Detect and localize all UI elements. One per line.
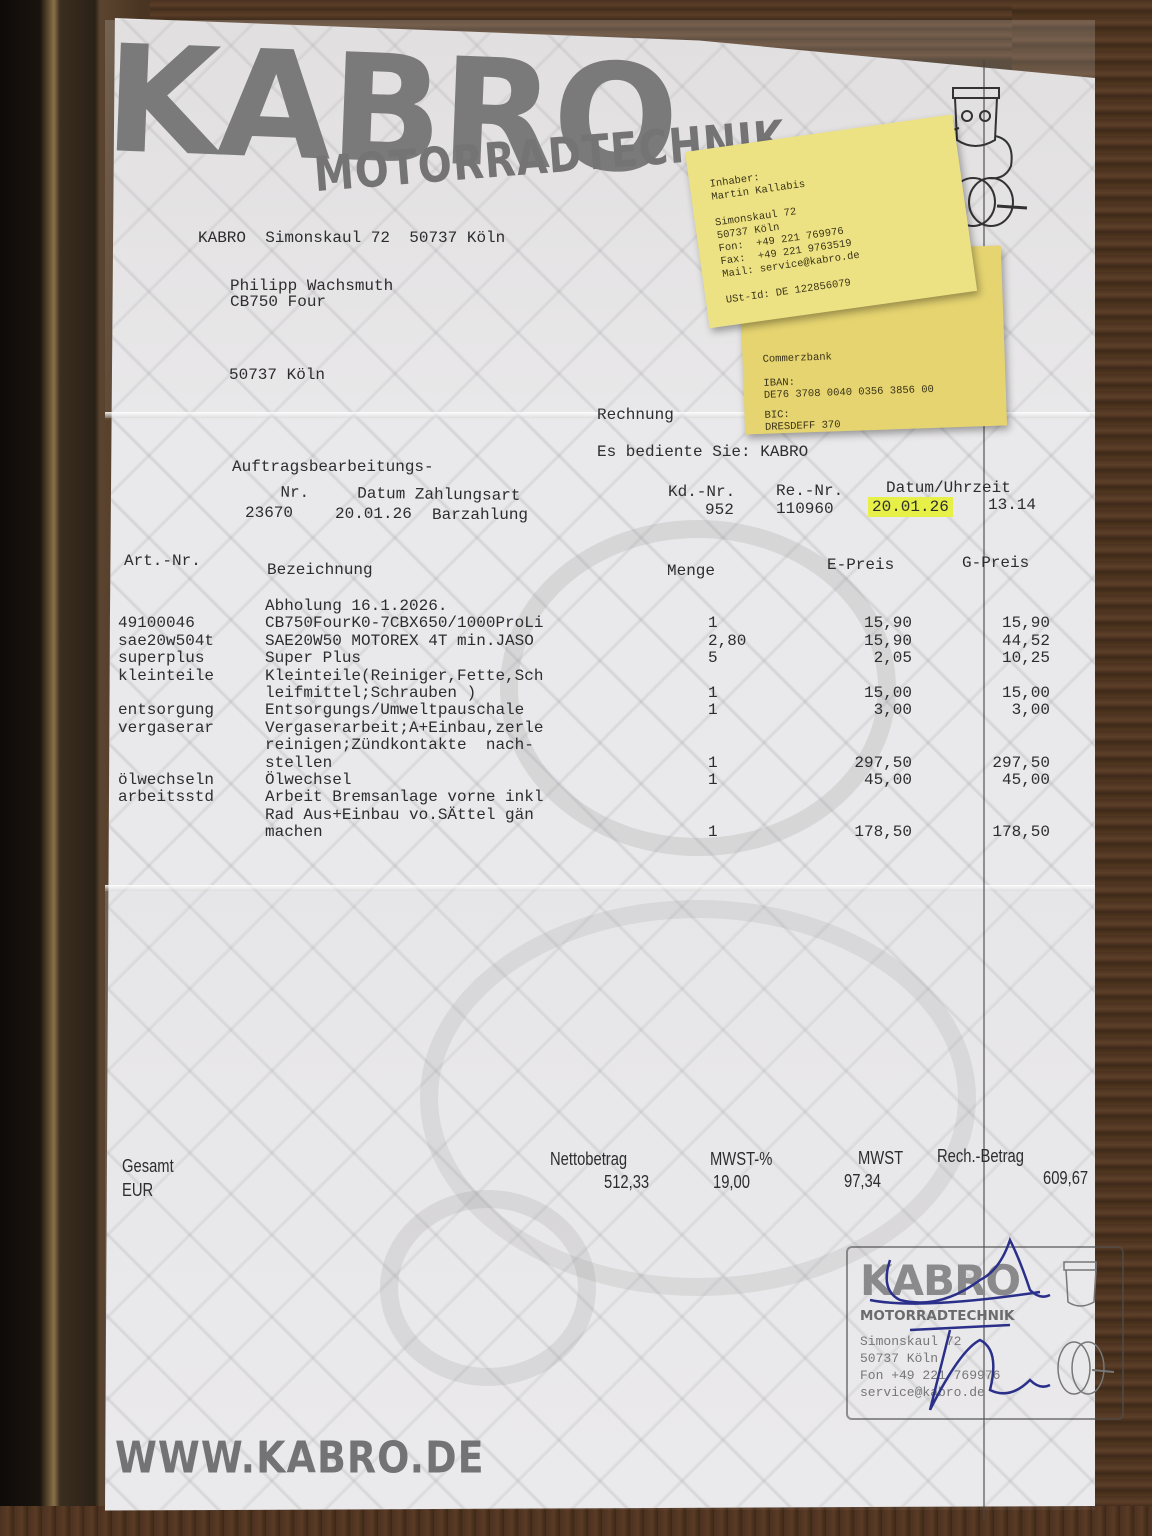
cell-unit-price: 15,00: [864, 685, 912, 701]
cell-qty: 5: [708, 650, 718, 666]
paper-fold-line: [105, 885, 1095, 891]
table-row: entsorgungEntsorgungs/Umweltpauschale13,…: [0, 702, 1152, 718]
invoice-no-label: Re.-Nr.: [776, 483, 843, 499]
cell-unit-price: 178,50: [854, 824, 912, 840]
cell-qty: 2,80: [708, 633, 746, 649]
cell-description: Arbeit Bremsanlage vorne inkl: [265, 789, 543, 805]
cell-qty: 1: [708, 755, 718, 771]
bic-value: DRESDEFF 370: [765, 419, 841, 435]
table-row: sae20w504tSAE20W50 MOTOREX 4T min.JASO2,…: [0, 633, 1152, 649]
table-row: 49100046CB750FourK0-7CBX650/1000ProLi115…: [0, 615, 1152, 631]
cell-art-nr: sae20w504t: [118, 633, 214, 649]
col-header-total-price: G-Preis: [962, 555, 1029, 571]
cell-description: Abholung 16.1.2026.: [265, 598, 447, 614]
summary-label: Gesamt: [122, 1158, 174, 1174]
cell-art-nr: vergaserar: [118, 720, 214, 736]
cell-description: CB750FourK0-7CBX650/1000ProLi: [265, 615, 543, 631]
cell-total-price: 10,25: [1002, 650, 1050, 666]
cell-total-price: 3,00: [1012, 702, 1050, 718]
table-row: ölwechselnÖlwechsel145,0045,00: [0, 772, 1152, 788]
document-type: Rechnung: [597, 407, 674, 423]
order-date: 20.01.26: [335, 506, 412, 522]
table-row: reinigen;Zündkontakte nach-: [0, 737, 1152, 753]
cell-unit-price: 15,90: [864, 615, 912, 631]
cell-description: SAE20W50 MOTOREX 4T min.JASO: [265, 633, 534, 649]
cell-description: reinigen;Zündkontakte nach-: [265, 737, 534, 753]
cell-total-price: 297,50: [992, 755, 1050, 771]
cell-qty: 1: [708, 615, 718, 631]
table-row: Abholung 16.1.2026.: [0, 598, 1152, 614]
cell-unit-price: 2,05: [874, 650, 912, 666]
vat-percent: 19,00: [713, 1174, 750, 1190]
invoice-total-label: Rech.-Betrag: [937, 1148, 1024, 1164]
cell-description: Kleinteile(Reiniger,Fette,Sch: [265, 668, 543, 684]
cell-total-price: 45,00: [1002, 772, 1050, 788]
invoice-no: 110960: [776, 501, 834, 517]
col-header-qty: Menge: [667, 563, 715, 579]
recipient-line2: CB750 Four: [230, 294, 326, 310]
table-row: leifmittel;Schrauben )115,0015,00: [0, 685, 1152, 701]
invoice-date-highlighted: 20.01.26: [868, 497, 953, 517]
invoice-time: 13.14: [988, 497, 1036, 513]
vat-percent-label: MWST-%: [710, 1151, 772, 1167]
cell-description: machen: [265, 824, 323, 840]
table-row: arbeitsstdArbeit Bremsanlage vorne inkl: [0, 789, 1152, 805]
cell-description: Super Plus: [265, 650, 361, 666]
cell-qty: 1: [708, 824, 718, 840]
summary-currency: EUR: [122, 1182, 153, 1198]
table-row: stellen1297,50297,50: [0, 755, 1152, 771]
customer-no: 952: [705, 502, 734, 518]
col-header-description: Bezeichnung: [267, 562, 373, 578]
cell-unit-price: 3,00: [874, 702, 912, 718]
cell-unit-price: 15,90: [864, 633, 912, 649]
cell-art-nr: 49100046: [118, 615, 195, 631]
recipient-city: 50737 Köln: [229, 367, 325, 383]
table-row: Rad Aus+Einbau vo.SÄttel gän: [0, 807, 1152, 823]
table-row: superplusSuper Plus52,0510,25: [0, 650, 1152, 666]
order-number: 23670: [245, 505, 293, 521]
cell-art-nr: kleinteile: [118, 668, 214, 684]
cell-total-price: 178,50: [992, 824, 1050, 840]
cell-qty: 1: [708, 702, 718, 718]
handwritten-signature: [860, 1230, 1060, 1420]
customer-no-label: Kd.-Nr.: [668, 484, 735, 500]
cell-description: leifmittel;Schrauben ): [265, 685, 476, 701]
datetime-label: Datum/Uhrzeit: [886, 480, 1011, 496]
recipient-name: Philipp Wachsmuth: [230, 278, 393, 294]
cell-art-nr: superplus: [118, 650, 204, 666]
cell-total-price: 44,52: [1002, 633, 1050, 649]
cell-description: stellen: [265, 755, 332, 771]
table-row: kleinteileKleinteile(Reiniger,Fette,Sch: [0, 668, 1152, 684]
cell-art-nr: entsorgung: [118, 702, 214, 718]
cell-total-price: 15,90: [1002, 615, 1050, 631]
payment-method: Barzahlung: [432, 507, 528, 523]
cell-unit-price: 45,00: [864, 772, 912, 788]
owner-vat-id: USt-Id: DE 122856079: [725, 277, 852, 307]
vat-amount: 97,34: [844, 1173, 881, 1189]
cell-art-nr: arbeitsstd: [118, 789, 214, 805]
bank-name: Commerzbank: [762, 351, 832, 366]
table-row: machen1178,50178,50: [0, 824, 1152, 840]
served-by: Es bediente Sie: KABRO: [597, 444, 808, 460]
sender-address-line: KABRO Simonskaul 72 50737 Köln: [198, 230, 505, 246]
cell-description: Vergaserarbeit;A+Einbau,zerle: [265, 720, 543, 736]
table-row: vergaserarVergaserarbeit;A+Einbau,zerle: [0, 720, 1152, 736]
website-url: WWW.KABRO.DE: [115, 1432, 485, 1483]
owner-contact-note: Inhaber: Martin Kallabis Simonskaul 72 5…: [685, 114, 977, 328]
cell-total-price: 15,00: [1002, 685, 1050, 701]
vat-amount-label: MWST: [858, 1150, 903, 1166]
col-header-art-nr: Art.-Nr.: [124, 553, 201, 569]
cell-description: Ölwechsel: [265, 772, 351, 788]
cell-qty: 1: [708, 685, 718, 701]
cell-art-nr: ölwechseln: [118, 772, 214, 788]
cell-unit-price: 297,50: [854, 755, 912, 771]
net-amount: 512,33: [604, 1174, 649, 1190]
cell-qty: 1: [708, 772, 718, 788]
net-amount-label: Nettobetrag: [550, 1151, 627, 1167]
cell-description: Rad Aus+Einbau vo.SÄttel gän: [265, 807, 534, 823]
table-surface-bottom: [0, 1506, 1152, 1536]
order-header-line2: Nr. Datum Zahlungsart: [242, 484, 521, 504]
order-header-line1: Auftragsbearbeitungs-: [232, 459, 434, 475]
invoice-total: 609,67: [1043, 1170, 1088, 1186]
cell-description: Entsorgungs/Umweltpauschale: [265, 702, 524, 718]
col-header-unit-price: E-Preis: [827, 557, 894, 573]
